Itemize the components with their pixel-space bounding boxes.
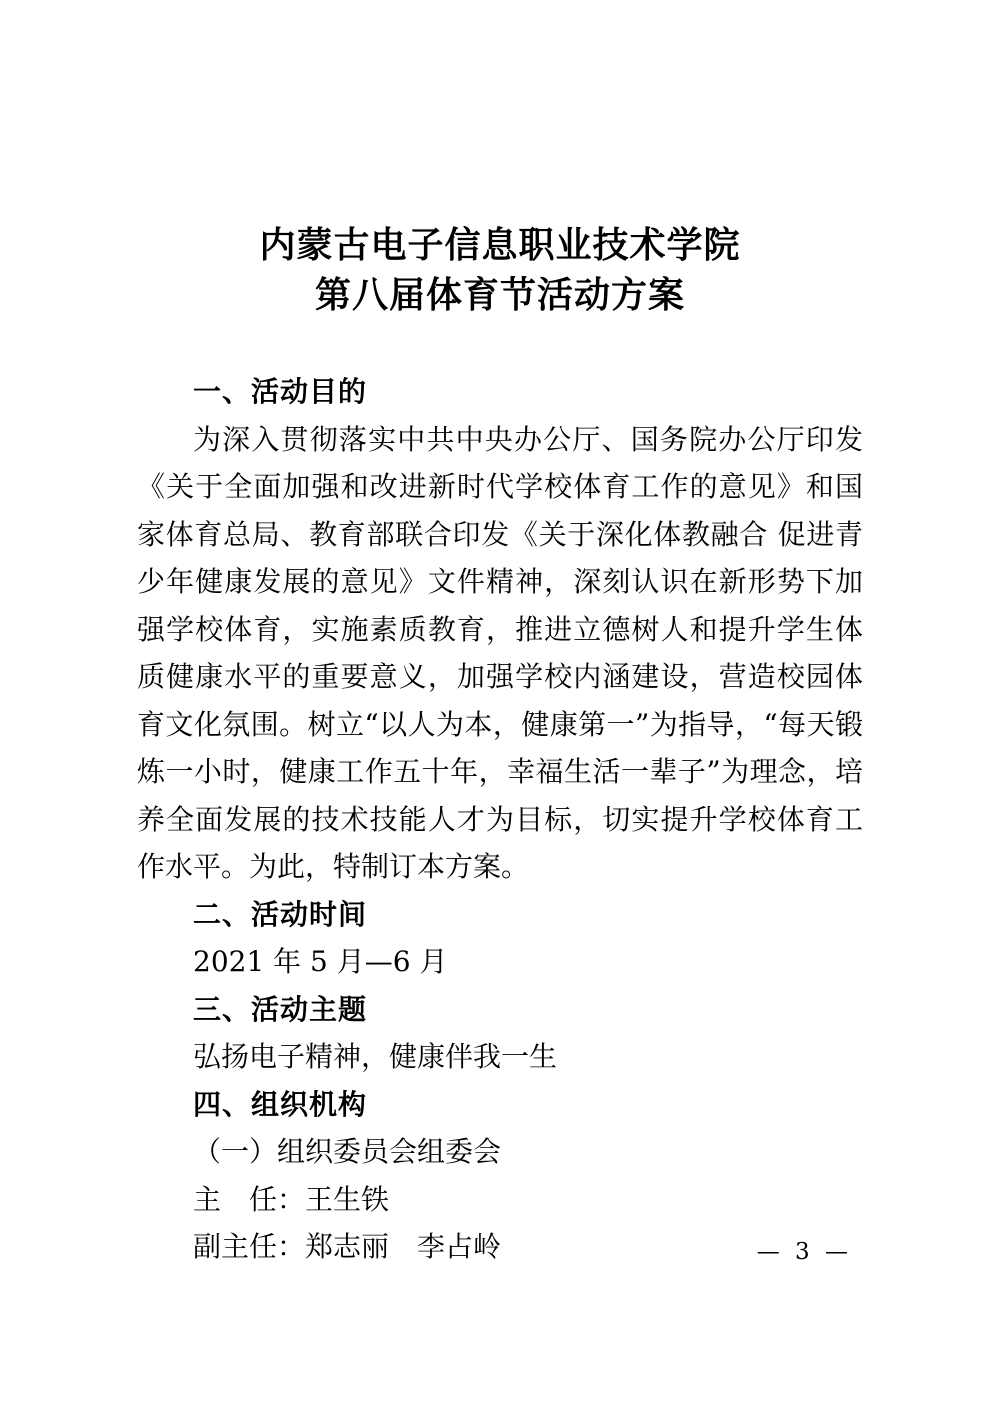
section-body-purpose: 为深入贯彻落实中共中央办公厅、国务院办公厅印发《关于全面加强和改进新时代学校体育… xyxy=(137,416,863,891)
section-heading-purpose: 一、活动目的 xyxy=(137,368,863,416)
section-body-time: 2021 年 5 月—6 月 xyxy=(137,938,863,986)
title-line-1: 内蒙古电子信息职业技术学院 xyxy=(137,220,863,270)
role-line-deputy-directors: 副主任：郑志丽 李占岭 xyxy=(137,1223,863,1271)
role-line-director: 主 任：王生铁 xyxy=(137,1176,863,1224)
section-heading-time: 二、活动时间 xyxy=(137,891,863,939)
page-number: — 3 — xyxy=(757,1238,852,1266)
document-title: 内蒙古电子信息职业技术学院 第八届体育节活动方案 xyxy=(137,220,863,320)
section-body-theme: 弘扬电子精神，健康伴我一生 xyxy=(137,1033,863,1081)
document-page: 内蒙古电子信息职业技术学院 第八届体育节活动方案 一、活动目的 为深入贯彻落实中… xyxy=(0,0,1000,1413)
subsection-title-committee: （一）组织委员会组委会 xyxy=(137,1128,863,1176)
section-heading-theme: 三、活动主题 xyxy=(137,986,863,1034)
title-line-2: 第八届体育节活动方案 xyxy=(137,270,863,320)
document-body: 一、活动目的 为深入贯彻落实中共中央办公厅、国务院办公厅印发《关于全面加强和改进… xyxy=(137,368,863,1271)
section-heading-organization: 四、组织机构 xyxy=(137,1081,863,1129)
